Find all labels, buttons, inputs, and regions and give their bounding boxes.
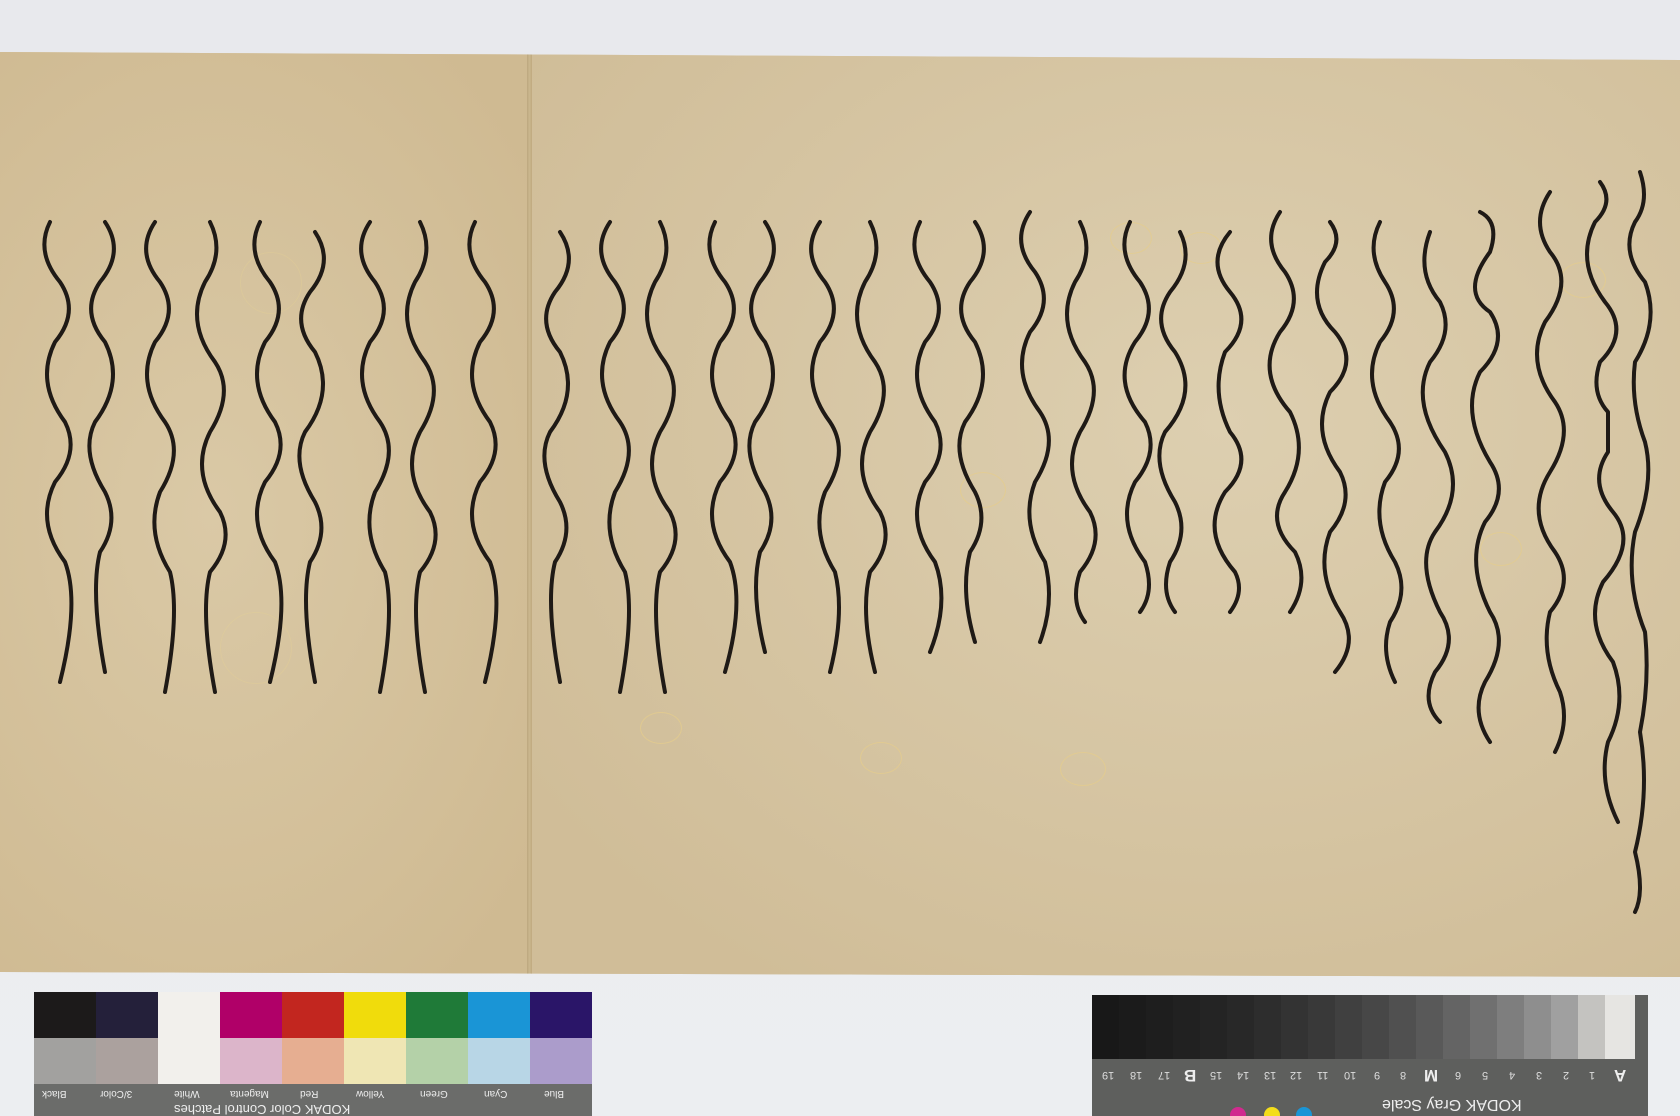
label-black: Black: [42, 1088, 66, 1099]
label-magenta: Magenta: [230, 1088, 269, 1099]
cyan-dot: [1296, 1107, 1312, 1116]
gray-step-label: 5: [1482, 1069, 1488, 1081]
gray-step-label-m: M: [1424, 1065, 1438, 1085]
patch-blue-bottom: [530, 1038, 592, 1084]
gray-step: [1308, 995, 1335, 1059]
label-yellow: Yellow: [356, 1088, 385, 1099]
patch-3color-bottom: [96, 1038, 158, 1084]
gray-step: [1497, 995, 1524, 1059]
patch-black-top: [34, 992, 96, 1038]
gray-step-label: 13: [1264, 1069, 1276, 1081]
magenta-dot: [1230, 1107, 1246, 1116]
label-3color: 3/Color: [100, 1088, 132, 1099]
gray-step-label: 15: [1210, 1069, 1222, 1081]
handscroll: [0, 52, 1680, 977]
gray-step-label: 9: [1374, 1069, 1380, 1081]
patch-green-bottom: [406, 1038, 468, 1084]
patch-red-bottom: [282, 1038, 344, 1084]
gray-step-label: 4: [1509, 1069, 1515, 1081]
patch-red-top: [282, 992, 344, 1038]
gray-step-label: 8: [1400, 1069, 1406, 1081]
gray-step: [1254, 995, 1281, 1059]
patch-yellow-bottom: [344, 1038, 406, 1084]
gray-step-label-b: B: [1184, 1065, 1196, 1085]
gray-step: [1416, 995, 1443, 1059]
gray-step: [1470, 995, 1497, 1059]
patch-magenta-top: [220, 992, 282, 1038]
gray-step-label: 3: [1536, 1069, 1542, 1081]
gray-step-label-a: A: [1614, 1065, 1626, 1085]
patch-blue-top: [530, 992, 592, 1038]
gray-step: [1524, 995, 1551, 1059]
patch-cyan-bottom: [468, 1038, 530, 1084]
gray-step: [1200, 995, 1227, 1059]
gray-step-label: 12: [1290, 1069, 1302, 1081]
calligraphy-text-columns: [0, 52, 1680, 977]
gray-step: [1443, 995, 1470, 1059]
label-red: Red: [300, 1088, 318, 1099]
gray-step: [1551, 995, 1578, 1059]
patch-black-bottom: [34, 1038, 96, 1084]
patch-white: [158, 992, 220, 1084]
patch-yellow-top: [344, 992, 406, 1038]
gray-step: [1362, 995, 1389, 1059]
gray-step-label: 1: [1589, 1069, 1595, 1081]
gray-step-label: 6: [1455, 1069, 1461, 1081]
gray-step-label: 11: [1317, 1069, 1328, 1081]
patch-3color-top: [96, 992, 158, 1038]
gray-scale-title: KODAK Gray Scale: [1382, 1095, 1522, 1113]
label-green: Green: [420, 1088, 448, 1099]
patch-magenta-bottom: [220, 1038, 282, 1084]
gray-step-label: 10: [1344, 1069, 1356, 1081]
kodak-color-control-patches: Blue Cyan Green Yellow Red Magenta White…: [34, 992, 592, 1116]
gray-step: [1227, 995, 1254, 1059]
gray-step: [1335, 995, 1362, 1059]
gray-step-label: 18: [1130, 1069, 1142, 1081]
gray-step: [1605, 995, 1635, 1059]
gray-step: [1281, 995, 1308, 1059]
gray-step: [1173, 995, 1200, 1059]
gray-step: [1389, 995, 1416, 1059]
gray-step: [1119, 995, 1146, 1059]
color-label-bar: Blue Cyan Green Yellow Red Magenta White…: [34, 1084, 592, 1116]
gray-step-label: 2: [1563, 1069, 1569, 1081]
gray-step: [1146, 995, 1173, 1059]
color-card-title: KODAK Color Control Patches: [174, 1102, 350, 1116]
label-blue: Blue: [544, 1088, 564, 1099]
kodak-gray-scale: 19 18 17 B 15 14 13 12 11 10 9 8 M 6 5 4…: [1092, 995, 1648, 1116]
patch-cyan-top: [468, 992, 530, 1038]
label-white: White: [174, 1088, 200, 1099]
yellow-dot: [1264, 1107, 1280, 1116]
gray-step-label: 17: [1158, 1069, 1170, 1081]
gray-step-label: 19: [1102, 1069, 1114, 1081]
label-cyan: Cyan: [484, 1088, 507, 1099]
gray-step: [1092, 995, 1119, 1059]
gray-step: [1578, 995, 1605, 1059]
patch-green-top: [406, 992, 468, 1038]
gray-step-label: 14: [1237, 1069, 1249, 1081]
